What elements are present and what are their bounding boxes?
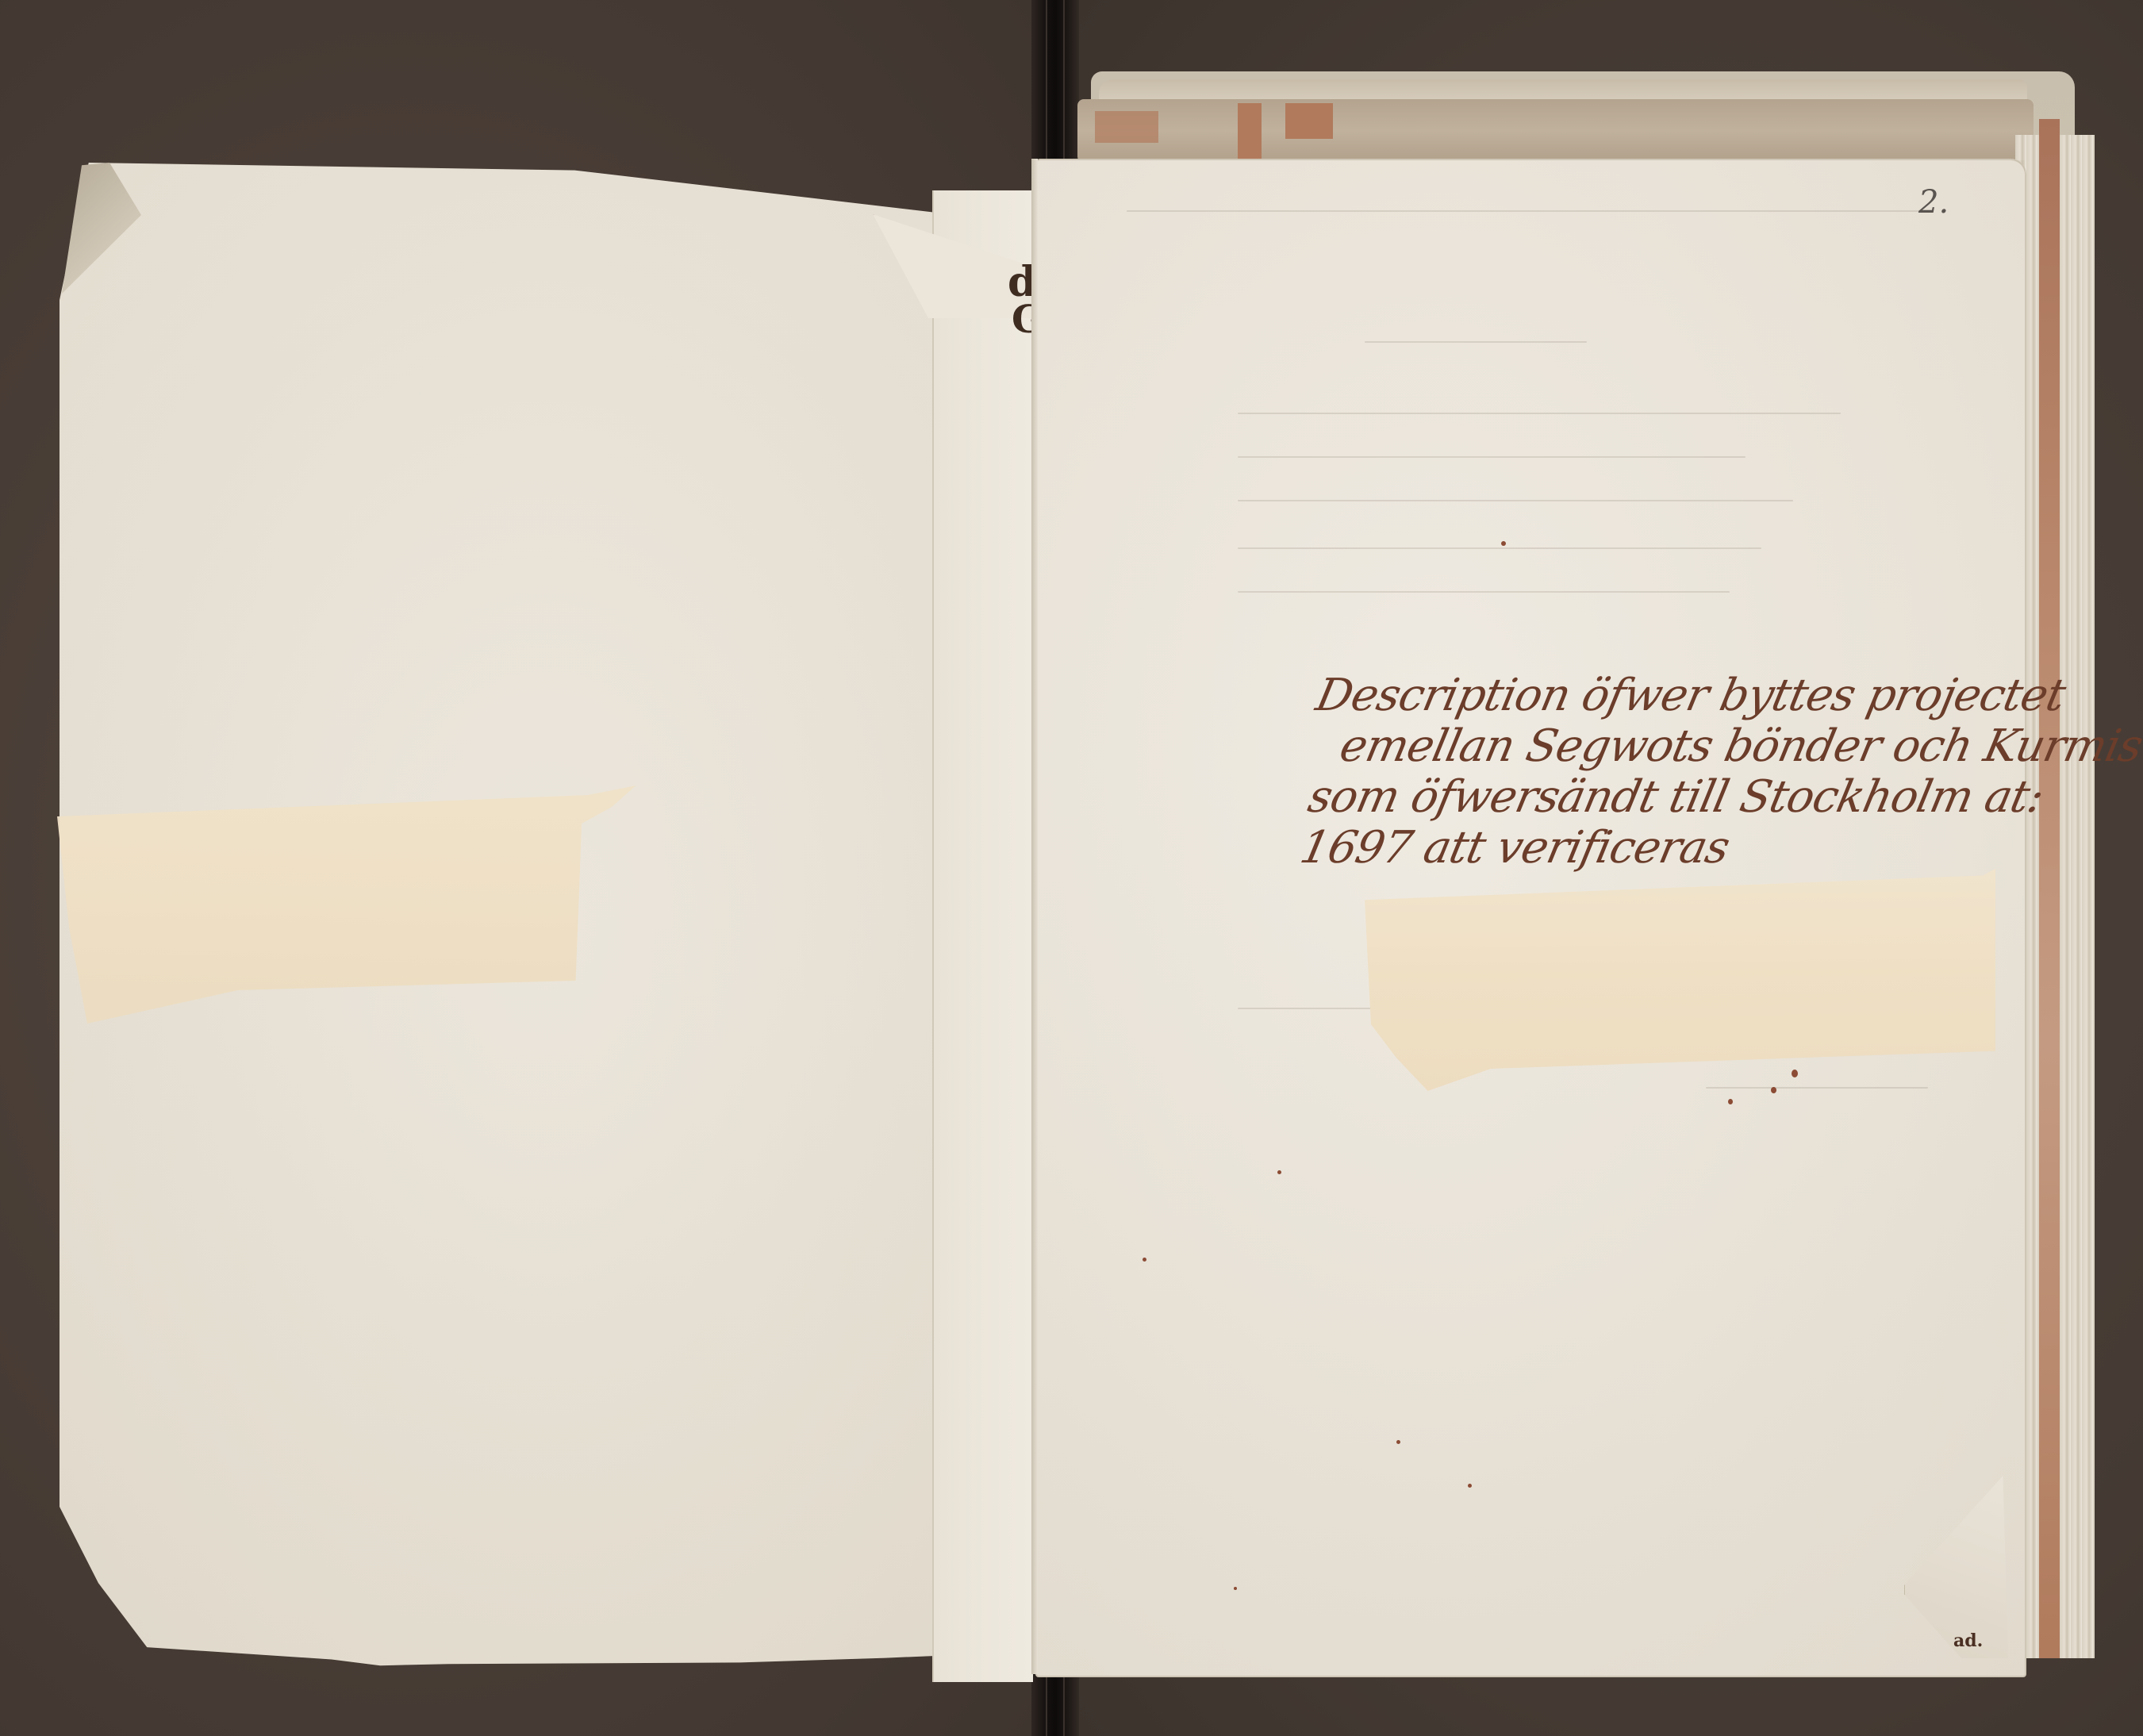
title-line: Description öfwer byttes projectet bbox=[1296, 670, 2021, 721]
ink-spot bbox=[1468, 1484, 1472, 1488]
ink-spot bbox=[1792, 1070, 1798, 1077]
manuscript-title: Description öfwer byttes projectet emell… bbox=[1301, 670, 2015, 874]
ghost-text-line bbox=[1238, 413, 1841, 414]
folio-number: 2. bbox=[1918, 184, 1949, 221]
rust-edge-strip bbox=[2039, 119, 2060, 1658]
ghost-text-line bbox=[1238, 500, 1793, 501]
ghost-text-line bbox=[1706, 1087, 1928, 1089]
ink-spot bbox=[1143, 1258, 1146, 1262]
rust-stain bbox=[1285, 103, 1333, 139]
ink-spot bbox=[1277, 1170, 1281, 1174]
ink-spot bbox=[1771, 1087, 1776, 1093]
ink-spot bbox=[1501, 541, 1506, 546]
ink-spot bbox=[1234, 1587, 1237, 1590]
ghost-text-line bbox=[1365, 341, 1587, 343]
left-page-gutter-flap bbox=[932, 190, 1033, 1682]
rust-stain bbox=[1095, 111, 1158, 143]
corner-mark: ad. bbox=[1953, 1630, 1983, 1651]
title-line: som öfwersändt till Stockholm at: bbox=[1296, 772, 2021, 823]
title-line: emellan Segwots bönder och Kurmis bbox=[1296, 721, 2021, 772]
title-line: 1697 att verificeras bbox=[1296, 823, 2021, 874]
rust-stain bbox=[1238, 103, 1262, 159]
ghost-text-line bbox=[1238, 547, 1761, 549]
ink-spot bbox=[1728, 1099, 1733, 1104]
ghost-text-line bbox=[1238, 456, 1746, 458]
ghost-text-line bbox=[1238, 591, 1730, 593]
right-page-gutter bbox=[1031, 159, 1038, 1674]
page-stack-stained-edge bbox=[1077, 99, 2034, 163]
ink-spot bbox=[1396, 1440, 1400, 1444]
ghost-text-line bbox=[1127, 210, 1920, 212]
